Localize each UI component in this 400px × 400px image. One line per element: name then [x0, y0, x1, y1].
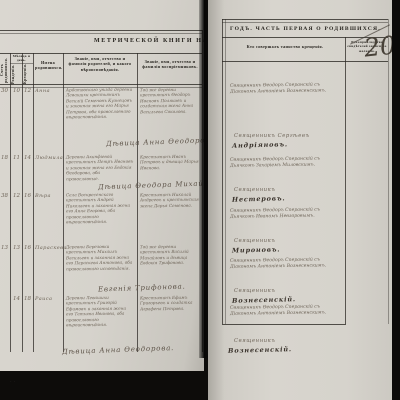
row3-baptism-day: 16 [24, 193, 31, 200]
signature-2-line1: Священникъ [234, 187, 275, 194]
row1-parents-entry: Ардатовскаго уѣзда деревни Левашихи крес… [66, 87, 134, 120]
row4-count: 13 [1, 245, 8, 252]
left-title-text: МЕТРИЧЕСКОЙ КНИГИ НА 186 [94, 38, 204, 44]
signature-5-line1: Священникъ [234, 338, 275, 345]
grid-line-count-col [10, 53, 11, 352]
row2-godparents-entry: Крестьянинъ Иванъ Петровъ и дѣвица Марья… [140, 154, 200, 171]
scanned-metrical-book-spread: МЕТРИЧЕСКОЙ КНИГИ НА 1863 г. Счетъ родив… [0, 0, 400, 400]
row3-child-name: Вѣра [35, 193, 51, 200]
officiant-entry-3: Священникъ Өеодоръ Сперанскій съ Дьячком… [230, 207, 342, 221]
row1-count: 30 [1, 88, 8, 95]
row1-baptism-day: 12 [24, 88, 31, 95]
row4-godparents-entry: Той же деревни крестьянинъ Василій Михай… [140, 244, 200, 266]
row2-count: 18 [1, 155, 8, 162]
grid-line-names-col [63, 53, 64, 352]
row4-baptism-day: 16 [24, 245, 31, 252]
row3-parents-entry: Села Воскресенскаго крестьянинъ Андрей Н… [66, 192, 134, 225]
row1-child-name: Анна [35, 88, 50, 95]
count-column-header: Счетъ родившихся. [0, 56, 10, 84]
right-header-bottom-rule [222, 61, 388, 62]
officiant-entry-1: Священникъ Өеодоръ Сперанскій съ Діаконо… [230, 82, 342, 96]
row5-child-name: Раиса [35, 296, 52, 303]
officiant-column-header: Кто совершалъ таинство крещенія. [230, 44, 340, 49]
row1-signature-flourish: Дѣвица Анна Өеодорова. [106, 136, 204, 149]
row3-godparents-entry: Крестьянинъ Николай Андреевъ и крестьянс… [140, 192, 200, 209]
right-mid-grid-line [345, 37, 346, 324]
row2-birth-day: 11 [13, 155, 20, 162]
signature-4-line2: Вознесенскій. [232, 295, 296, 305]
baptism-column-header: Крещенія. [23, 64, 33, 84]
left-page-title: МЕТРИЧЕСКОЙ КНИГИ НА 1863 г. [94, 38, 204, 46]
right-table-bottom-rule [222, 324, 346, 325]
signature-3-line2: Мироновъ. [232, 245, 281, 255]
row3-birth-day: 12 [13, 193, 20, 200]
row2-parents-entry: Деревни Акинфіевой крестьянинъ Петръ Ива… [66, 154, 134, 182]
row5-signature-flourish: Дѣвица Анна Өеодорова. [62, 344, 174, 357]
birth-column-header: Рожденія. [11, 64, 22, 84]
row2-child-name: Людмила [35, 155, 63, 162]
signature-2-line2: Нестеровъ. [232, 194, 286, 204]
row4-child-name: Параскева [35, 245, 67, 252]
row5-birth-day: 14 [13, 296, 20, 303]
right-page-title: ГОДЪ. ЧАСТЬ ПЕРВАЯ О РОДИВШИХСЯ. [230, 26, 376, 33]
right-left-border-2 [225, 19, 226, 324]
table-header-bottom-rule [0, 84, 202, 85]
row3-count: 38 [1, 193, 8, 200]
row1-godparents-entry: Той же деревни крестьянинъ Өеодоръ Ивано… [140, 87, 200, 115]
row2-signature-flourish: Дѣвица Өеодора Михайлова. [98, 179, 204, 193]
officiant-entry-4: Священникъ Өеодоръ Сперанскій съ Діаконо… [230, 257, 342, 271]
officiant-entry-5: Священникъ Өеодоръ Сперанскій съ Діаконо… [230, 304, 342, 318]
signature-5-line2: Вознесенскій. [228, 345, 292, 355]
row4-birth-day: 13 [13, 245, 20, 252]
scan-right-edge [392, 0, 400, 400]
grid-line-baptism-col [33, 53, 34, 352]
right-left-border [222, 19, 223, 324]
signature-1-line2: Андріяновъ. [232, 140, 288, 150]
grid-line-parents-col [137, 53, 138, 352]
names-column-header: Имена родившихся. [35, 60, 61, 71]
signature-1-line1: Священникъ Сергѣевъ [234, 133, 310, 140]
row4-parents-entry: Деревни Березовки крестьянинъ Михаилъ Ва… [66, 244, 134, 272]
officiant-entry-2: Священникъ Өеодоръ Сперанскій съ Дьячком… [230, 156, 342, 170]
left-page: МЕТРИЧЕСКОЙ КНИГИ НА 1863 г. Счетъ родив… [0, 0, 204, 371]
row4-signature-flourish: Евгенія Трифонова. [98, 282, 186, 294]
right-top-rule-2 [222, 22, 388, 23]
month-day-column-header: Мѣсяца и день. [10, 54, 33, 63]
grid-line-birth-col [22, 53, 23, 352]
godparents-column-header: Званіе, имя, отчество и фамилія воспріем… [140, 59, 200, 70]
row2-baptism-day: 14 [24, 155, 31, 162]
top-rule [0, 30, 202, 31]
signature-3-line1: Священникъ [234, 238, 275, 245]
parents-column-header: Званіе, имя, отчество и фамилія родителе… [66, 56, 134, 72]
row5-baptism-day: 18 [24, 296, 31, 303]
right-right-border [388, 19, 389, 324]
scan-artifact: ·· [10, 380, 17, 385]
row5-godparents-entry: Крестьянинъ Ефимъ Григорьевъ и солдатка … [140, 295, 200, 312]
row1-birth-day: 10 [13, 88, 20, 95]
signature-4-line1: Священникъ [234, 288, 275, 295]
top-rule-2 [0, 33, 202, 34]
right-top-rule [222, 19, 388, 20]
row5-parents-entry: Деревни Левашихи крестьянинъ Григорій Еф… [66, 295, 134, 328]
